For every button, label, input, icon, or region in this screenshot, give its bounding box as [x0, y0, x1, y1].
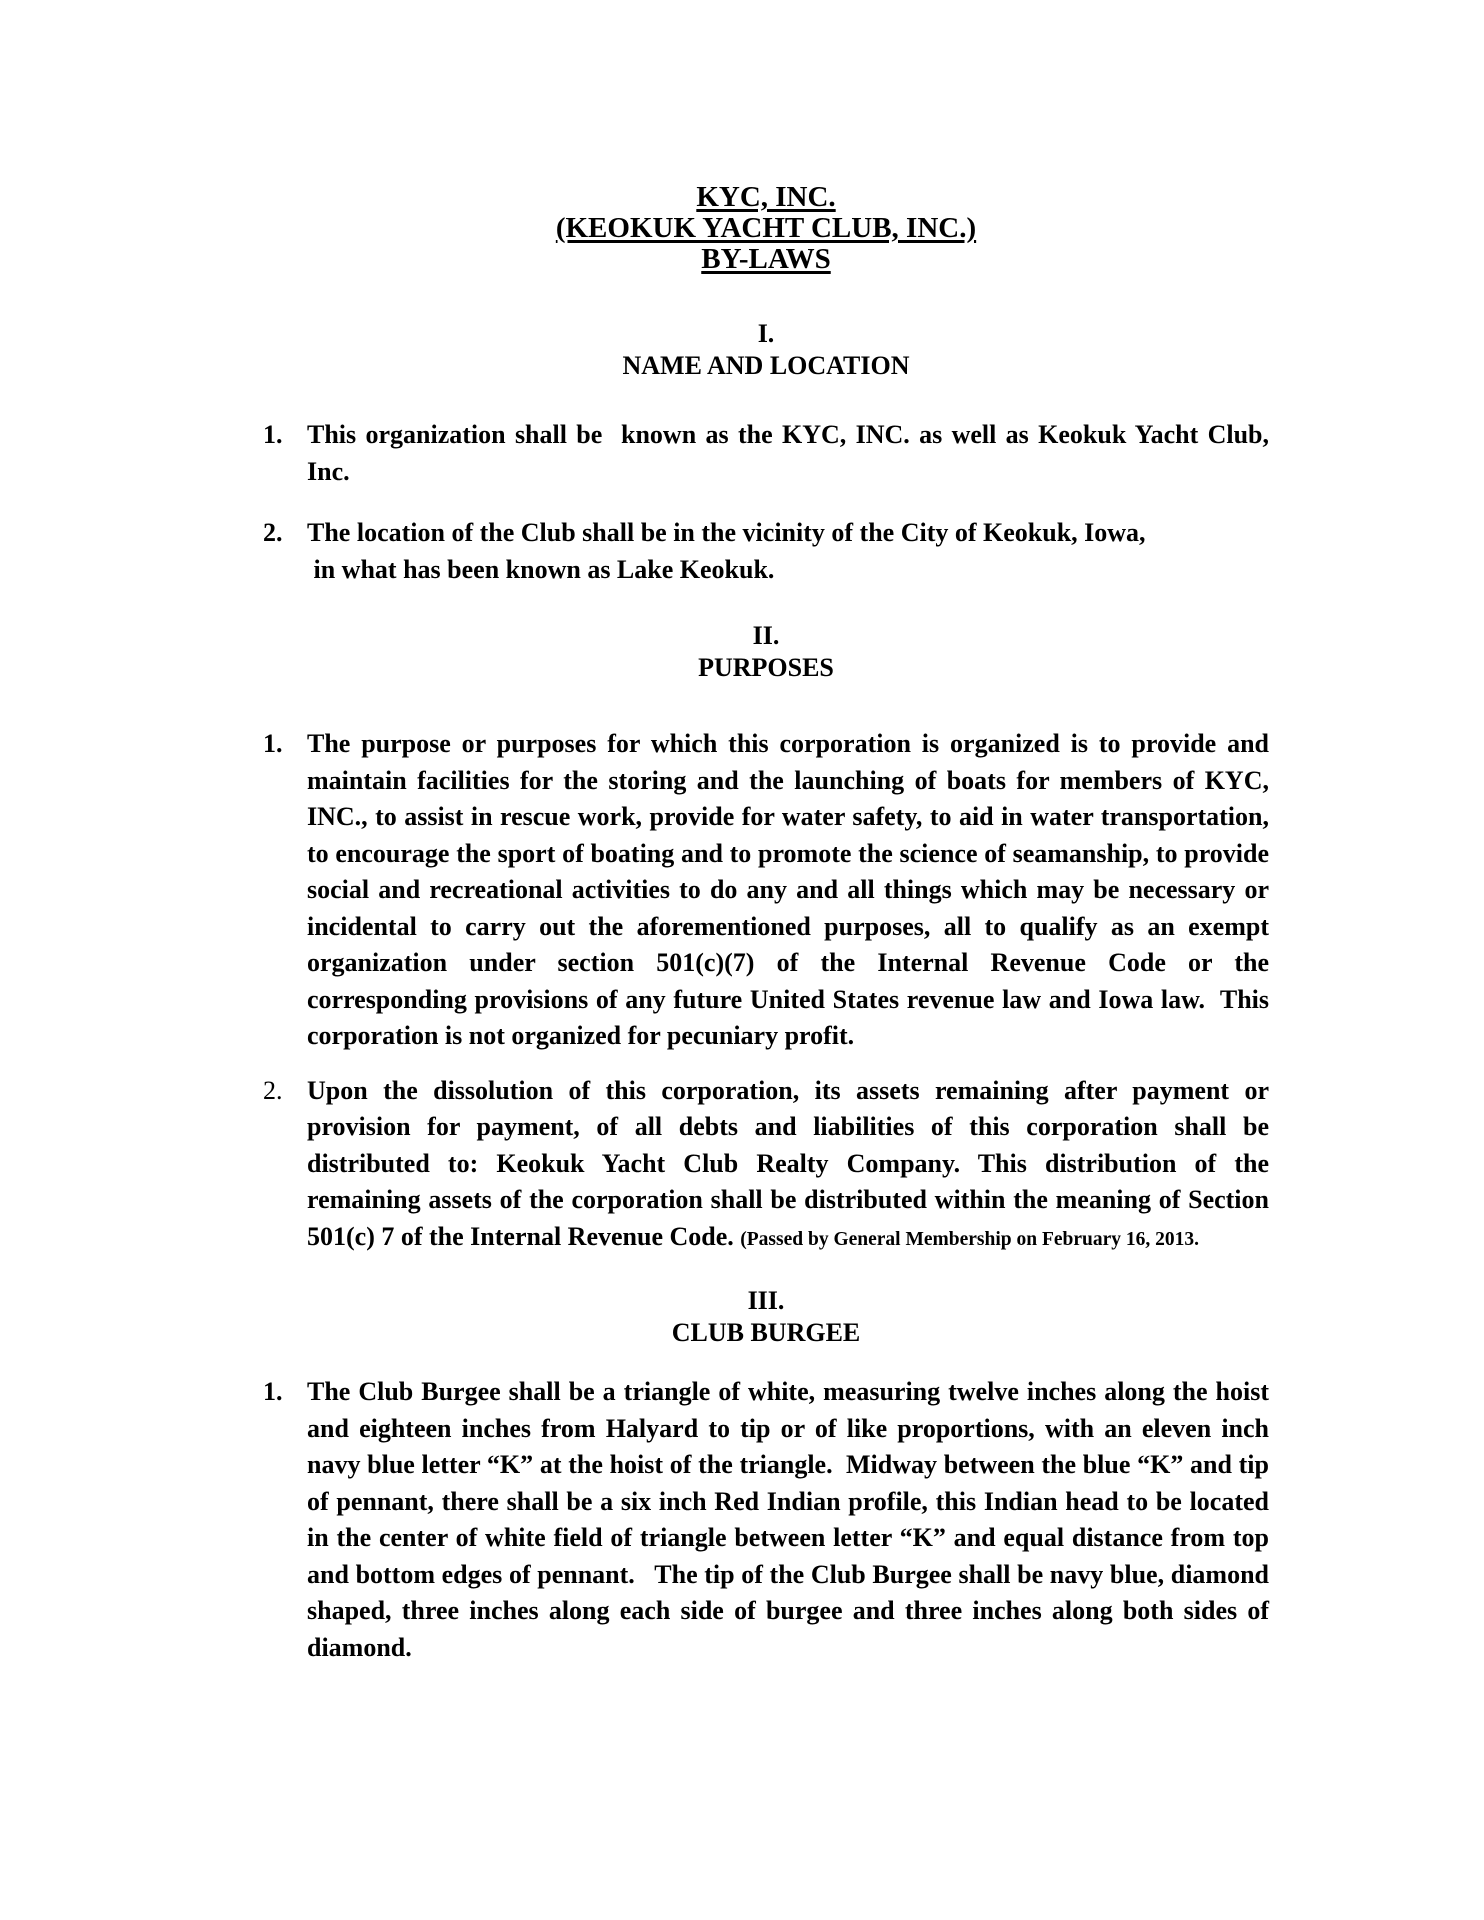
section-1-item-1: 1. This organization shall be known as t…	[263, 417, 1269, 490]
section-1-item-2: 2. The location of the Club shall be in …	[263, 515, 1269, 588]
section-1-heading: I. NAME AND LOCATION	[263, 318, 1269, 382]
section-2-title: PURPOSES	[263, 652, 1269, 684]
document-content: KYC, INC. (KEOKUK YACHT CLUB, INC.) BY-L…	[263, 0, 1269, 1666]
section-1-item-1-number: 1.	[263, 417, 307, 490]
section-2-heading: II. PURPOSES	[263, 620, 1269, 684]
section-1-item-1-text: This organization shall be known as the …	[307, 417, 1269, 490]
section-2-item-2: 2. Upon the dissolution of this corporat…	[263, 1073, 1269, 1259]
section-2-item-1-number: 1.	[263, 726, 307, 1055]
section-3-heading: III. CLUB BURGEE	[263, 1285, 1269, 1349]
section-1-item-2-text: The location of the Club shall be in the…	[307, 515, 1269, 588]
title-line-2: (KEOKUK YACHT CLUB, INC.)	[263, 213, 1269, 244]
title-line-2-text: (KEOKUK YACHT CLUB, INC.)	[556, 212, 976, 244]
section-1-title: NAME AND LOCATION	[263, 350, 1269, 382]
section-1-item-2-number: 2.	[263, 515, 307, 588]
title-line-1: KYC, INC.	[263, 182, 1269, 213]
section-2-item-1-text: The purpose or purposes for which this c…	[307, 726, 1269, 1055]
section-3-title: CLUB BURGEE	[263, 1317, 1269, 1349]
title-line-3-text: BY-LAWS	[701, 243, 830, 275]
section-3-item-1-number: 1.	[263, 1374, 307, 1666]
section-2-item-2-number: 2.	[263, 1073, 307, 1259]
section-2-item-2-text: Upon the dissolution of this corporation…	[307, 1073, 1269, 1259]
section-2-numeral: II.	[263, 620, 1269, 652]
title-line-3: BY-LAWS	[263, 244, 1269, 275]
section-1-numeral: I.	[263, 318, 1269, 350]
section-2-item-2-main-text: Upon the dissolution of this corporation…	[307, 1076, 1269, 1251]
section-3-numeral: III.	[263, 1285, 1269, 1317]
section-3-item-1: 1. The Club Burgee shall be a triangle o…	[263, 1374, 1269, 1666]
document-title-block: KYC, INC. (KEOKUK YACHT CLUB, INC.) BY-L…	[263, 182, 1269, 275]
document-page: KYC, INC. (KEOKUK YACHT CLUB, INC.) BY-L…	[0, 0, 1484, 1920]
section-2-item-2-passed-note: (Passed by General Membership on Februar…	[740, 1229, 1199, 1250]
section-3-item-1-text: The Club Burgee shall be a triangle of w…	[307, 1374, 1269, 1666]
title-line-1-text: KYC, INC.	[696, 181, 835, 213]
section-2-item-1: 1. The purpose or purposes for which thi…	[263, 726, 1269, 1055]
